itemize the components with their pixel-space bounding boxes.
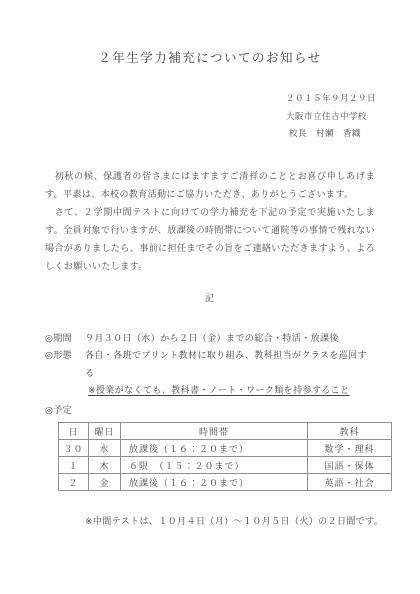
letterhead-block: ２０１５年９月２９日 大阪市立住吉中学校 校長 村瀬 香織 [286,90,420,143]
cell-subject: 国語・保体 [308,457,392,474]
materials-note: ※授業がなくても、教科書・ノート・ワーク類を持参すること [88,385,349,395]
format-item: ◎形態 各自・各班でプリント教材に取り組み、教科担当がクラスを巡回する [45,347,375,382]
format-text: 各自・各班でプリント教材に取り組み、教科担当がクラスを巡回する [85,347,375,382]
table-row: ３０ 水 放課後（１６：２０まで） 数学・理科 [59,440,392,457]
schedule-table: 日 曜日 時間帯 教科 ３０ 水 放課後（１６：２０まで） 数学・理科 １ 木 … [58,422,392,491]
cell-weekday: 金 [89,474,121,491]
header-day: 日 [59,423,89,440]
cell-subject: 英語・社会 [308,474,392,491]
cell-day: １ [59,457,89,474]
main-paragraph: さて、２学期中間テストに向けての学力補充を下記の予定で実施いたします。全員対象で… [45,203,375,275]
table-row: ２ 金 放課後（１６：２０まで） 英語・社会 [59,474,392,491]
cell-weekday: 水 [89,440,121,457]
period-text: ９月３０日（水）から２日（金）までの総合・特活・放課後 [85,330,375,348]
cell-weekday: 木 [89,457,121,474]
materials-note-line: ※授業がなくても、教科書・ノート・ワーク類を持参すること [45,382,375,400]
detail-items: ◎期間 ９月３０日（水）から２日（金）までの総合・特活・放課後 ◎形態 各自・各… [45,330,375,400]
period-item: ◎期間 ９月３０日（水）から２日（金）までの総合・特活・放課後 [45,330,375,348]
document-page: ２年生学力補充についてのお知らせ ２０１５年９月２９日 大阪市立住吉中学校 校長… [0,0,420,594]
page-title: ２年生学力補充についてのお知らせ [0,0,420,66]
period-label: ◎期間 [45,330,85,348]
header-subject: 教科 [308,423,392,440]
cell-day: ３０ [59,440,89,457]
cell-time: 放課後（１６：２０まで） [121,440,308,457]
cell-day: ２ [59,474,89,491]
midterm-footnote: ※中間テストは、１０月４日（月）～１０月５日（火）の２日間です。 [85,513,420,530]
table-header-row: 日 曜日 時間帯 教科 [59,423,392,440]
principal-name: 校長 村瀬 香織 [286,125,420,143]
table-row: １ 木 ６限 （１５：２０まで） 国語・保体 [59,457,392,474]
body-block: 初秋の候、保護者の皆さまにはますますご清祥のこととお喜び申しあげます。平素は、本… [45,167,375,275]
record-marker: 記 [0,291,420,304]
format-label: ◎形態 [45,347,85,382]
issue-date: ２０１５年９月２９日 [286,90,420,108]
schedule-label: ◎予定 [45,402,420,420]
school-name: 大阪市立住吉中学校 [286,108,420,126]
greeting-paragraph: 初秋の候、保護者の皆さまにはますますご清祥のこととお喜び申しあげます。平素は、本… [45,167,375,203]
header-time: 時間帯 [121,423,308,440]
header-weekday: 曜日 [89,423,121,440]
cell-time: ６限 （１５：２０まで） [121,457,308,474]
cell-time: 放課後（１６：２０まで） [121,474,308,491]
cell-subject: 数学・理科 [308,440,392,457]
